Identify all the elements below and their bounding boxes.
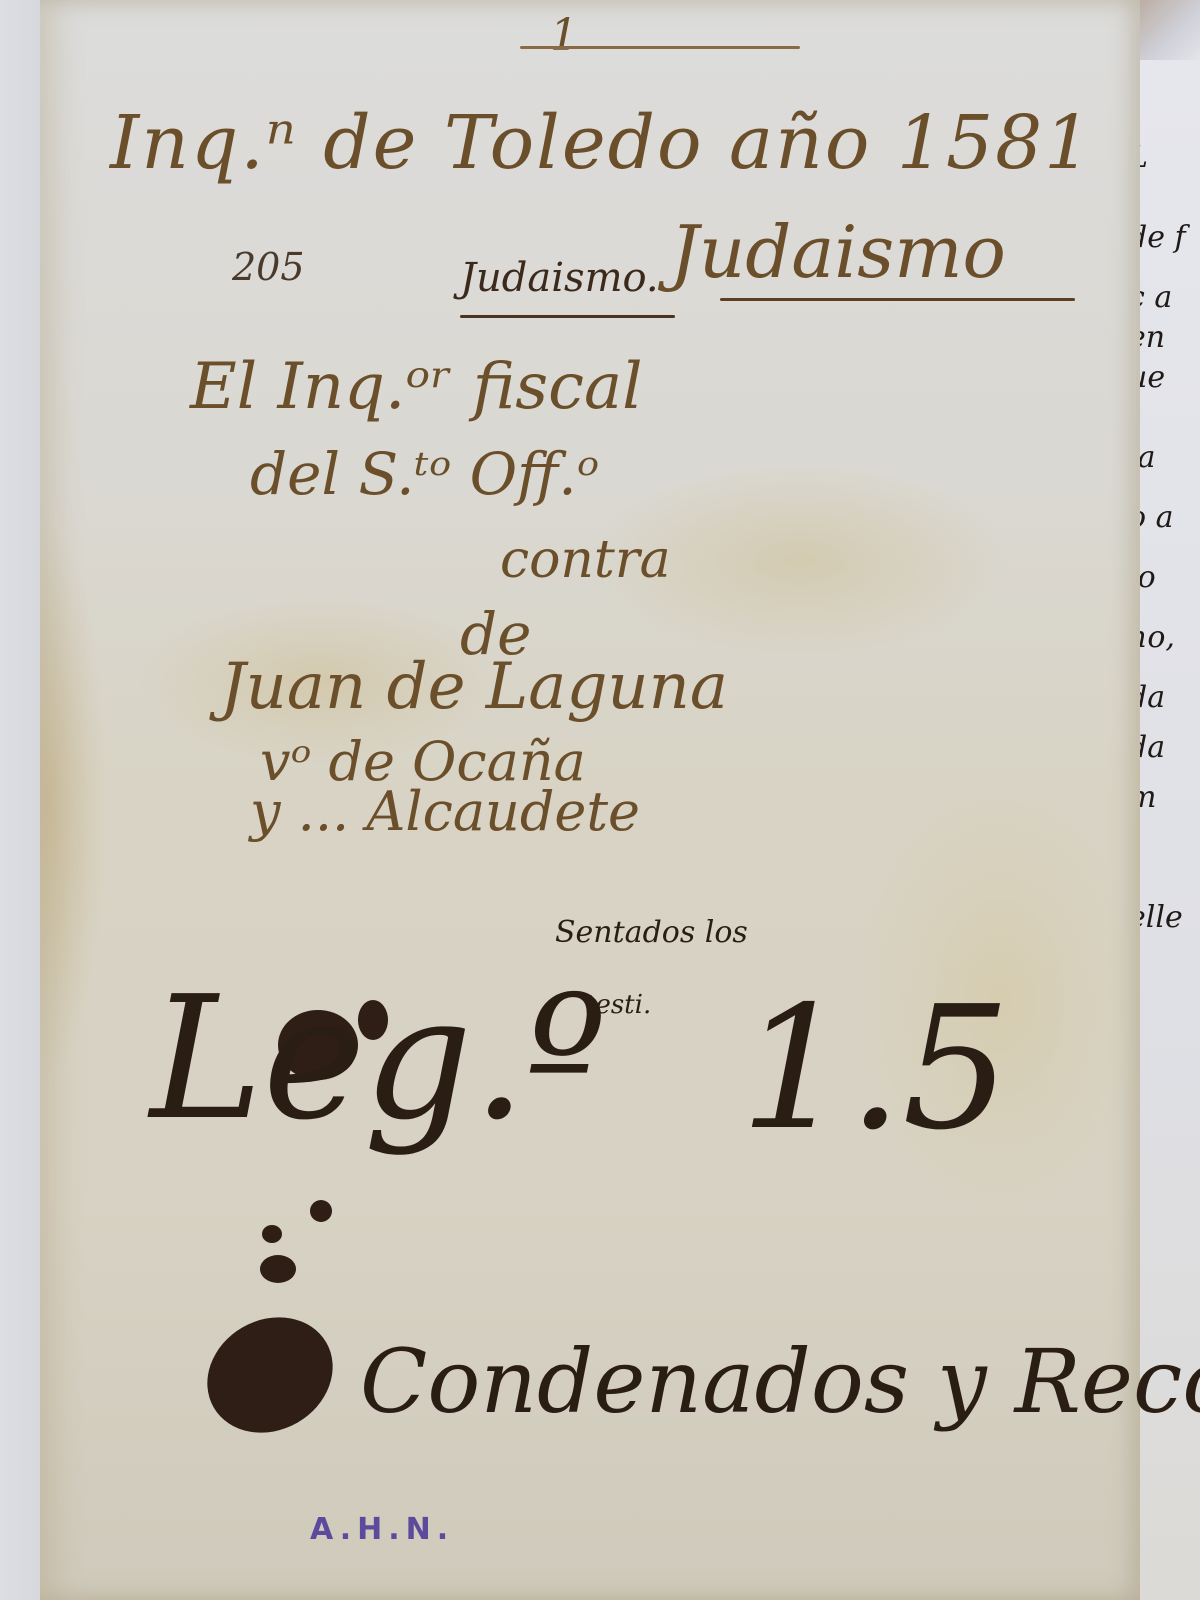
top-mark: 1 — [550, 10, 578, 61]
contra-label: contra — [500, 530, 671, 590]
prosecutor-line-2: del S.ᵗᵒ Off.ᵒ — [250, 440, 599, 508]
background-corner — [1130, 0, 1200, 60]
file-number: 205 — [232, 245, 305, 289]
legajo-number: 1.5 — [740, 970, 1010, 1168]
footer-category: Condenados y Reconciliados — [360, 1330, 1200, 1433]
ink-blot — [310, 1200, 332, 1222]
ink-blot — [186, 1295, 354, 1455]
category-title-underline — [720, 298, 1075, 301]
manuscript-cover-page: 1 Inq.ⁿ de Toledo año 1581 205 Judaismo.… — [40, 0, 1140, 1600]
defendant-name: Juan de Laguna — [220, 650, 728, 724]
category-title: Judaismo — [670, 210, 1006, 294]
defendant-origin: y ... Alcaudete — [250, 780, 640, 843]
archive-stamp: A.H.N. — [310, 1512, 454, 1547]
ink-blot — [262, 1225, 282, 1243]
ink-blot — [260, 1255, 296, 1283]
top-flourish — [520, 46, 800, 49]
category-label: Judaismo. — [460, 255, 659, 301]
margin-note-line-1: Sentados los — [555, 915, 748, 950]
header-title: Inq.ⁿ de Toledo año 1581 — [110, 100, 1093, 186]
prosecutor-line-1: El Inq.ᵒʳ fiscal — [190, 350, 643, 424]
category-underline — [460, 315, 675, 318]
legajo-label: Leg.º — [150, 960, 606, 1158]
